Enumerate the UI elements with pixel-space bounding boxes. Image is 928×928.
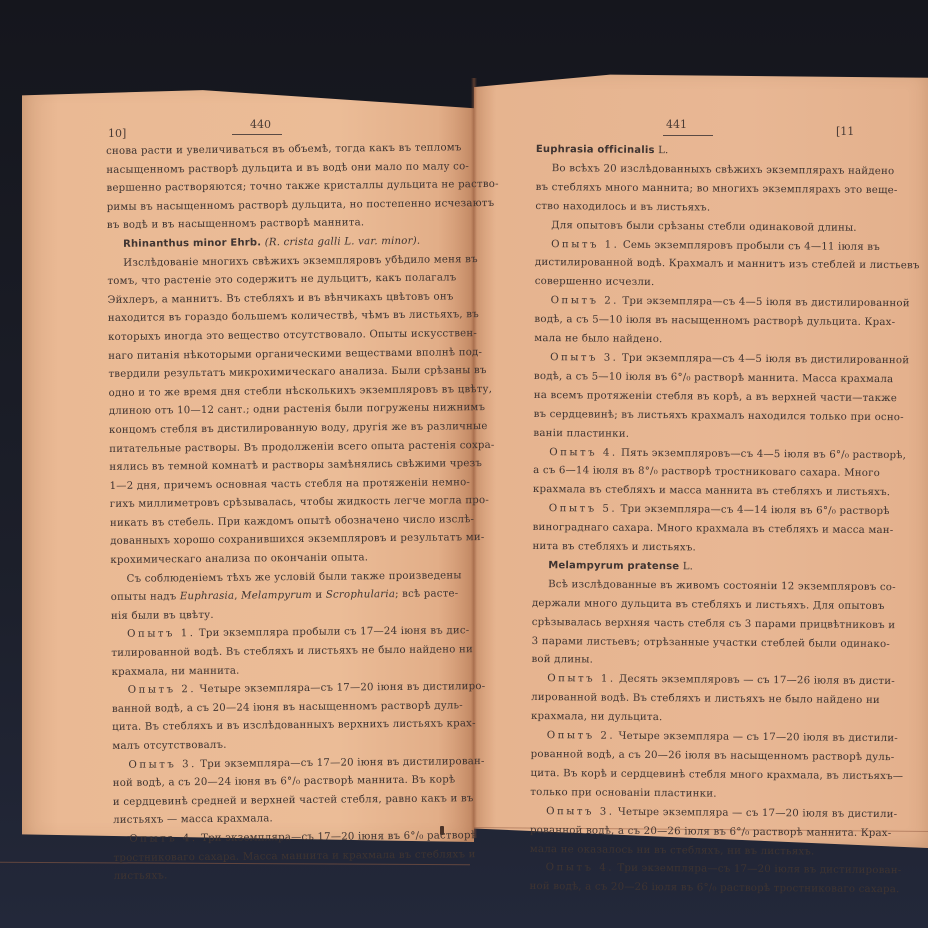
species-author: L. <box>679 561 693 572</box>
experiment-label: Опытъ 1. <box>127 629 195 641</box>
text-fragment: Три экземпляра—съ 4—5 іюля въ дистилиров… <box>619 296 910 310</box>
text-line: срѣзывалась верхняя часть стебля съ 3 па… <box>532 614 894 636</box>
text-line: тростниковаго сахара. Масса маннита и кр… <box>113 846 475 868</box>
text-fragment: и <box>312 590 326 601</box>
text-fragment: Четыре экземпляра—съ 17—20 іюня въ дисти… <box>196 681 485 695</box>
text-fragment: Четыре экземпляра — съ 17—20 іюля въ дис… <box>615 731 898 744</box>
genus-euphrasia: Euphrasia <box>180 591 235 603</box>
species-author: L. <box>655 145 669 156</box>
genus-melampyrum: Melampyrum <box>241 590 312 602</box>
left-section-number: 10] <box>108 127 126 140</box>
right-folio-rule <box>663 135 713 136</box>
genus-scrophularia: Scrophularia <box>326 589 395 601</box>
experiment-label: Опытъ 2. <box>551 295 619 307</box>
text-fragment: опыты надъ <box>111 592 180 604</box>
experiment-label: Опытъ 4. <box>549 447 617 459</box>
text-line: листьяхъ. <box>114 864 476 886</box>
text-fragment: Десять экземпляровъ — съ 17—26 іюля въ д… <box>616 674 895 687</box>
text-fragment: Три экземпляра—съ 4—5 іюля въ дистилиров… <box>618 353 909 367</box>
text-line: въ сердцевинѣ; въ листьяхъ крахмалъ нахо… <box>534 406 896 428</box>
text-line: ваніи пластинки. <box>533 425 895 447</box>
species-name: Euphrasia officinalis <box>536 144 655 156</box>
experiment-label: Опытъ 3. <box>550 352 618 364</box>
text-fragment: Три экземпляра—съ 17—20 іюня въ 6°/₀ рас… <box>198 830 478 844</box>
open-book: 10] 440 снова расти и увеличиваться въ о… <box>0 0 928 928</box>
text-fragment: Семь экземпляровъ пробыли съ 4—11 іюля в… <box>619 239 880 252</box>
text-fragment: Пять экземпляровъ—съ 4—5 іюля въ 6°/₀ ра… <box>618 447 907 461</box>
text-line: Для опытовъ были срѣзаны стебли одинаков… <box>535 217 897 239</box>
species-name: Melampyrum pratense <box>548 560 679 572</box>
text-fragment: Четыре экземпляра — съ 17—20 іюля въ дис… <box>614 806 897 819</box>
left-page-number: 440 <box>250 118 271 131</box>
text-line-genera: опыты надъ Euphrasia, Melampyrum и Scrop… <box>111 585 473 607</box>
experiment-label: Опытъ 3. <box>546 806 614 818</box>
text-fragment: ; всѣ расте- <box>395 589 458 601</box>
species-synonym: (R. crista galli L. var. minor). <box>265 236 421 249</box>
species-name: Rhinanthus minor Ehrb. <box>123 237 261 249</box>
text-fragment: Три экземпляра—съ 4—14 іюля въ 6°/₀ раст… <box>617 504 890 517</box>
experiment-label: Опытъ 2. <box>547 730 615 742</box>
left-folio-rule <box>232 134 282 135</box>
experiment-label: Опытъ 2. <box>128 684 196 696</box>
text-line: цита. Въ стебляхъ и въ изслѣдованныхъ ве… <box>112 716 474 738</box>
text-line: дованныхъ хорошо сохранившихся экземпляр… <box>110 530 472 552</box>
text-fragment: Три экземпляра пробыли съ 17—24 іюня въ … <box>195 626 469 640</box>
text-line: рованной водѣ, а съ 20—26 іюля въ 6°/₀ р… <box>530 822 892 844</box>
text-line: ной водѣ, а съ 20—26 іюля въ 6°/₀ раство… <box>529 878 891 900</box>
experiment-label: Опытъ 1. <box>547 673 615 685</box>
text-line: тилированной водѣ. Въ стебляхъ и листьях… <box>111 641 473 663</box>
right-section-number: [11 <box>836 125 854 138</box>
right-page-text: Euphrasia officinalis L. Во всѣхъ 20 изс… <box>529 141 898 900</box>
right-page-number: 441 <box>666 118 687 131</box>
text-fragment: Три экземпляра—съ 17—20 іюня въ дистилир… <box>197 756 485 770</box>
experiment-label: Опытъ 4. <box>546 863 614 875</box>
left-page-text: снова расти и увеличиваться въ объемѣ, т… <box>106 139 476 887</box>
experiment-label: Опытъ 5. <box>549 503 617 515</box>
text-fragment: Три экземпляра—съ 17—20 іюля въ дистилир… <box>614 863 902 877</box>
experiment-label: Опытъ 1. <box>551 239 619 251</box>
experiment-label: Опытъ 3. <box>128 759 196 771</box>
experiment-label: Опытъ 4. <box>129 833 197 845</box>
